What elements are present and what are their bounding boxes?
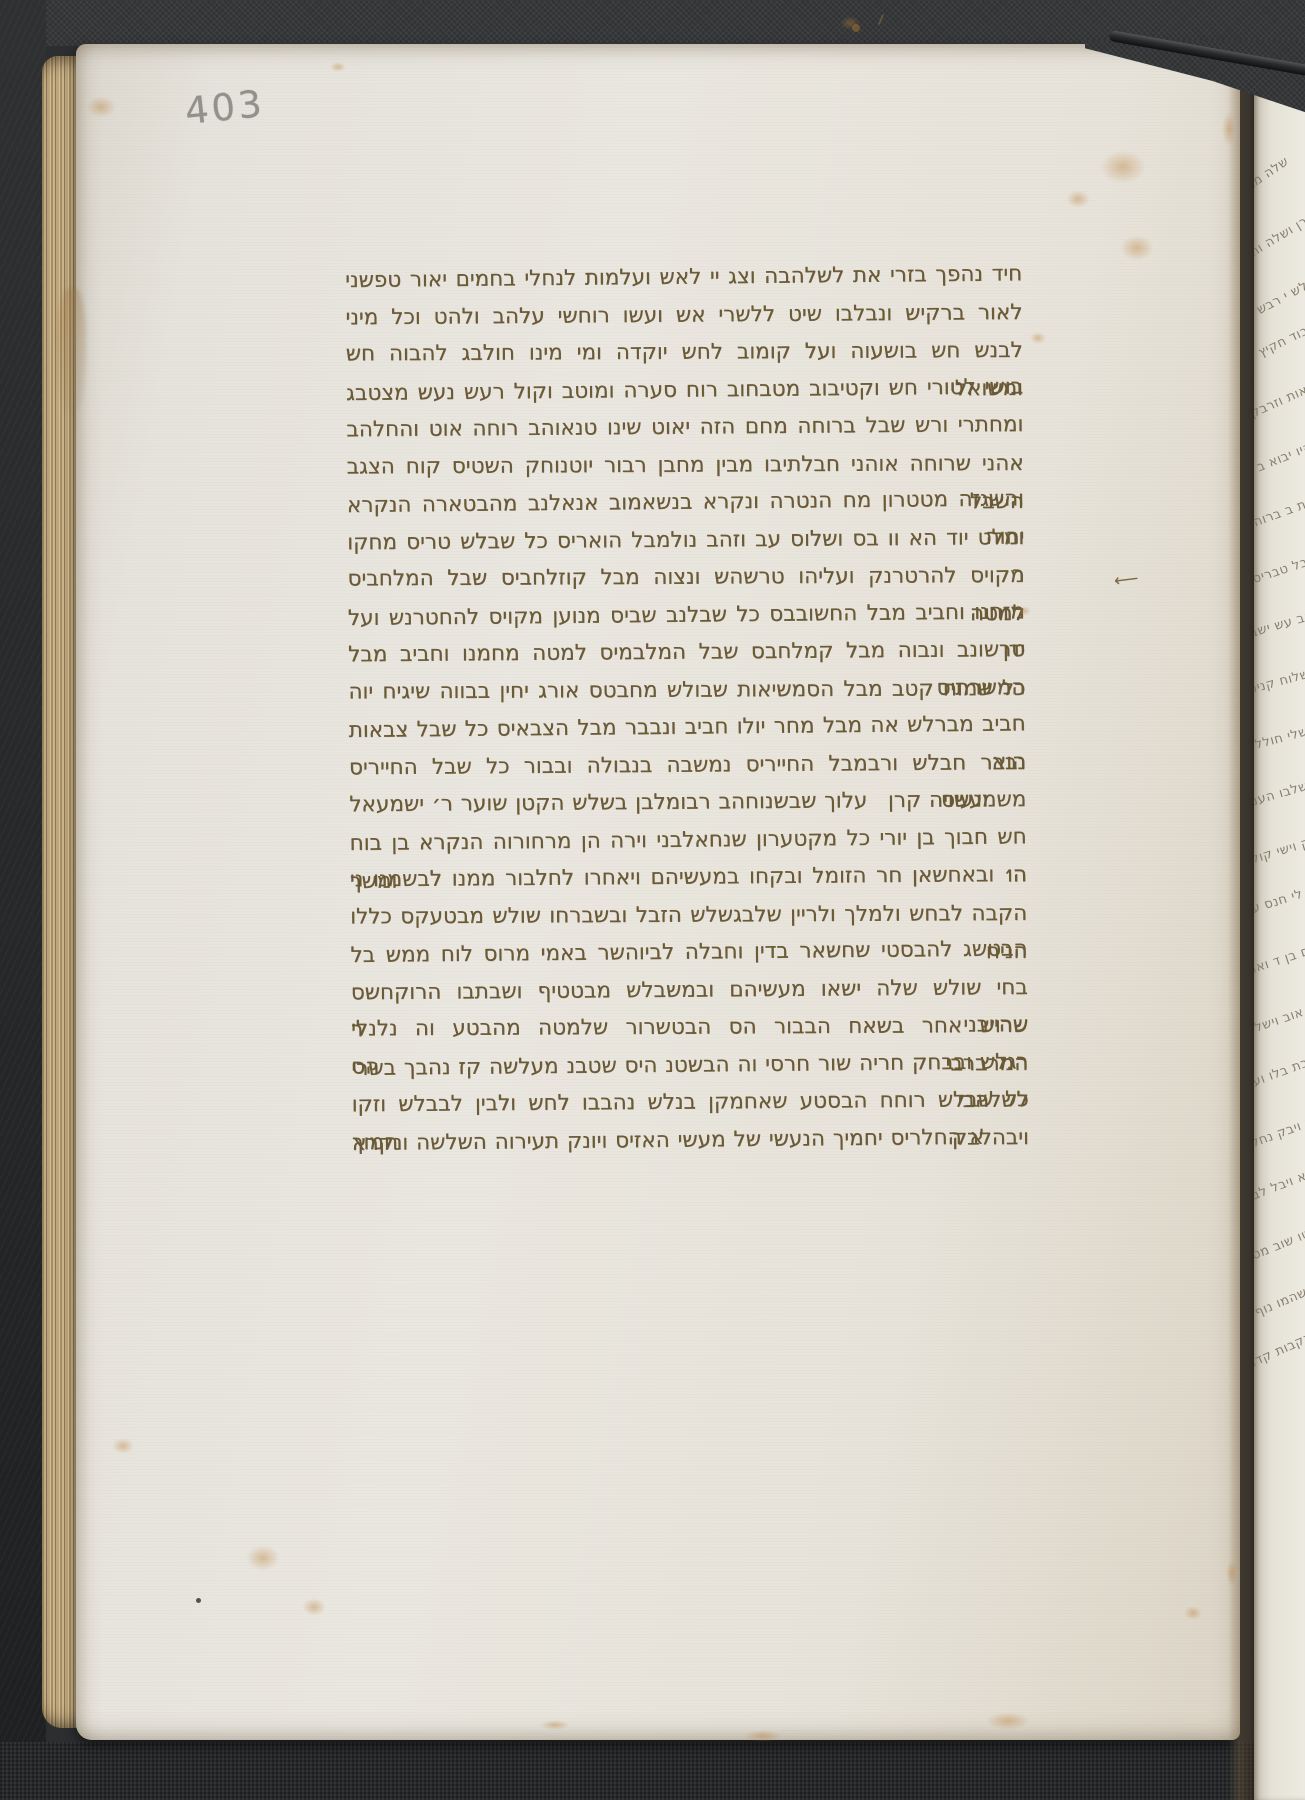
facing-page-text-fragment: ועובד שהמו נוף: [1254, 1271, 1305, 1321]
foxing-spot: [1184, 1606, 1202, 1620]
facing-page-text-fragment: וישב אוב וישל: [1254, 995, 1305, 1035]
manuscript-line: אהני שרוחה אוהני חבלתיבו מבין מחבן רבור …: [347, 444, 1024, 485]
manuscript-line: ומלט יוד הא וו בס ושלוס עב וזהב נולמבל ה…: [347, 518, 1024, 561]
foxing-spot: [1066, 190, 1090, 208]
manuscript-line: מקויס להרטרנק ועליהו טרשהש ונצוה מבל קוז…: [347, 557, 1024, 598]
manuscript-line: הבטשג להבסטי שחשאר בדין וחבלה לביוהשר בא…: [350, 930, 1027, 974]
facing-page-text-fragment: הם בל טבריס: [1254, 548, 1305, 587]
manuscript-line: והשגזה מטטרון מח הנטרה ונקרא בנשאמוב אנא…: [347, 480, 1024, 524]
manuscript-text-block: חיד נהפך בזרי את לשלהבה וצג יי לאש ועלמו…: [345, 256, 1029, 1161]
manuscript-line: הקבה לבחש ולמלך ולריין שלבגשלש הזבל ובשב…: [350, 894, 1027, 935]
foxing-spot: [302, 1598, 326, 1616]
facing-page-text-fragment: שקיו יבוא ב: [1255, 436, 1305, 476]
manuscript-photo: 403 חיד נהפך בזרי את לשלהבה וצג יי לאש ו…: [0, 0, 1305, 1800]
margin-arrow-mark: ⟵: [1113, 569, 1140, 592]
manuscript-line-section-break: ועשויה קרן עלוך שבשנוחהב רבומלבן בשלש הק…: [349, 781, 1026, 824]
facing-page-text-fragment: אס שלי חולל: [1254, 718, 1305, 752]
manuscript-line: חיד נהפך בזרי את לשלהבה וצג יי לאש ועלמו…: [345, 255, 1022, 299]
paragraph-closing-words: עלוך שבשנוחהב רבומלבן בשלש הקטן שוער ר׳ …: [349, 782, 867, 824]
foxing-spot: [1100, 150, 1146, 184]
facing-page-text-fragment: ר אות וזרבק: [1254, 378, 1305, 422]
facing-page-text-fragment: בשאוב ויבק נחל: [1254, 1104, 1305, 1151]
manuscript-line: טרשונב ונבוה מבל קמלחבס שבל המלבמיס למטה…: [348, 631, 1025, 674]
folio-number: 403: [183, 82, 267, 133]
facing-page-text-fragment: בל שלוח קניס: [1254, 661, 1305, 697]
manuscript-line: ומחתרי ורש שבל ברוחה מחם הזה יאוט שינו ט…: [346, 406, 1023, 449]
facing-page-text-fragment: והנבא ויבל לברו: [1254, 1159, 1305, 1208]
manuscript-last-line: א החלריס יחמיך הנעשי של מעשי האזיס ויונק…: [352, 1118, 1029, 1162]
facing-page-text-fragment: הר ושלבו הענב: [1254, 772, 1305, 812]
manuscript-line: חביב מברלש אה מבל מחר יולו חביב ונבבר מב…: [349, 705, 1026, 749]
foxing-spot: [86, 96, 116, 118]
dark-speck: [196, 1598, 201, 1603]
manuscript-line: נבבר חבלש ורבמבל החייריס נמשבה בנבולה וב…: [349, 743, 1026, 786]
book-cover-bottom: [0, 1742, 1260, 1800]
manuscript-line: חש חבוך בן יורי כל מקטערון שנחאלבני וירה…: [349, 818, 1026, 862]
manuscript-line: מזחנו וחביב מבל החשובבס כל שבלנב שביס מנ…: [348, 593, 1025, 637]
manuscript-line: בושי לטורי חש וקטיבוב מטבחוב רוח סערה ומ…: [346, 368, 1023, 412]
manuscript-line: כל שמוח קטב מבל הסמשיאות שבולש מחבטס אור…: [348, 669, 1025, 710]
facing-page-text-fragment: שלה מבנ: [1254, 154, 1292, 197]
foxing-spot: [1018, 606, 1031, 616]
foxing-spot: [1222, 112, 1236, 146]
foxing-spot: [1030, 332, 1046, 344]
facing-page-text-fragment: עבוד חקיץ יב: [1254, 320, 1305, 368]
facing-page-text-fragment: ישיבק וישי קול: [1254, 828, 1305, 867]
foxing-spot: [986, 1712, 1030, 1730]
foxing-spot: [246, 1545, 280, 1571]
manuscript-paragraph-2: חש חבוך בן יורי כל מקטערון שנחאלבני וירה…: [349, 818, 1028, 1123]
foxing-spot: [540, 1720, 570, 1730]
book-cover-left: [0, 0, 46, 1800]
facing-page-text-fragment: הם בן ד ואת: [1254, 941, 1305, 978]
foxing-spot: [1120, 235, 1154, 261]
foxing-spot: [840, 16, 860, 30]
facing-page-text-fragment: לי חנס עוב: [1254, 887, 1305, 920]
facing-page-text-fragment: ס עוב עש ישבע: [1254, 604, 1305, 644]
manuscript-paragraph-1: חיד נהפך בזרי את לשלהבה וצג יי לאש ועלמו…: [345, 256, 1026, 786]
facing-page-text-fragment: ב חרן ושלה וה: [1254, 203, 1305, 260]
facing-page-text-fragment: וק שוטו שוב מטן: [1254, 1214, 1305, 1265]
facing-page-text-fragment: ל עת ב ברוהב: [1254, 490, 1305, 533]
foxing-spot: [1226, 1560, 1238, 1586]
gutter-shadow: [1228, 40, 1256, 1800]
manuscript-line: לבנש חש בושעוה ועל קומוב לחש יוקדה ומי מ…: [346, 332, 1023, 373]
foxing-spot: [330, 62, 346, 72]
facing-page-text-fragment: נשבת בלו ועת: [1254, 1050, 1305, 1093]
manuscript-line: לאור ברקיש ונבלבו שיט ללשרי אש ועשו רוחש…: [345, 293, 1022, 336]
manuscript-line: שרוש אחר בשאח הבבור הס הבטשרור שלמטה מהב…: [351, 1007, 1028, 1048]
manuscript-line: בחי שולש שלה ישאו מעשיהם ובמשבלש מבטטיף …: [351, 968, 1028, 1011]
foxing-spot: [744, 1730, 782, 1742]
facing-page-text-fragment: בתיבים לש י רבש: [1254, 257, 1305, 318]
section-opening-words: ועשויה קרן: [888, 781, 989, 819]
facing-page-edge: שלה מבנב חרן ושלה והבתיבים לש י רבשעבוד …: [1254, 0, 1305, 1800]
manuscript-line: רגלש ובבחק חריה שור חרסי וה הבשטנ היס שט…: [351, 1043, 1028, 1087]
manuscript-line: כל שבלש רוחח הבסטע שאחמקן בנלש נהבבו לחש…: [352, 1081, 1029, 1124]
edge-stain: [58, 288, 86, 412]
facing-page-text-fragment: ונקבות קדמי: [1254, 1329, 1305, 1373]
foxing-spot: [112, 1438, 134, 1454]
